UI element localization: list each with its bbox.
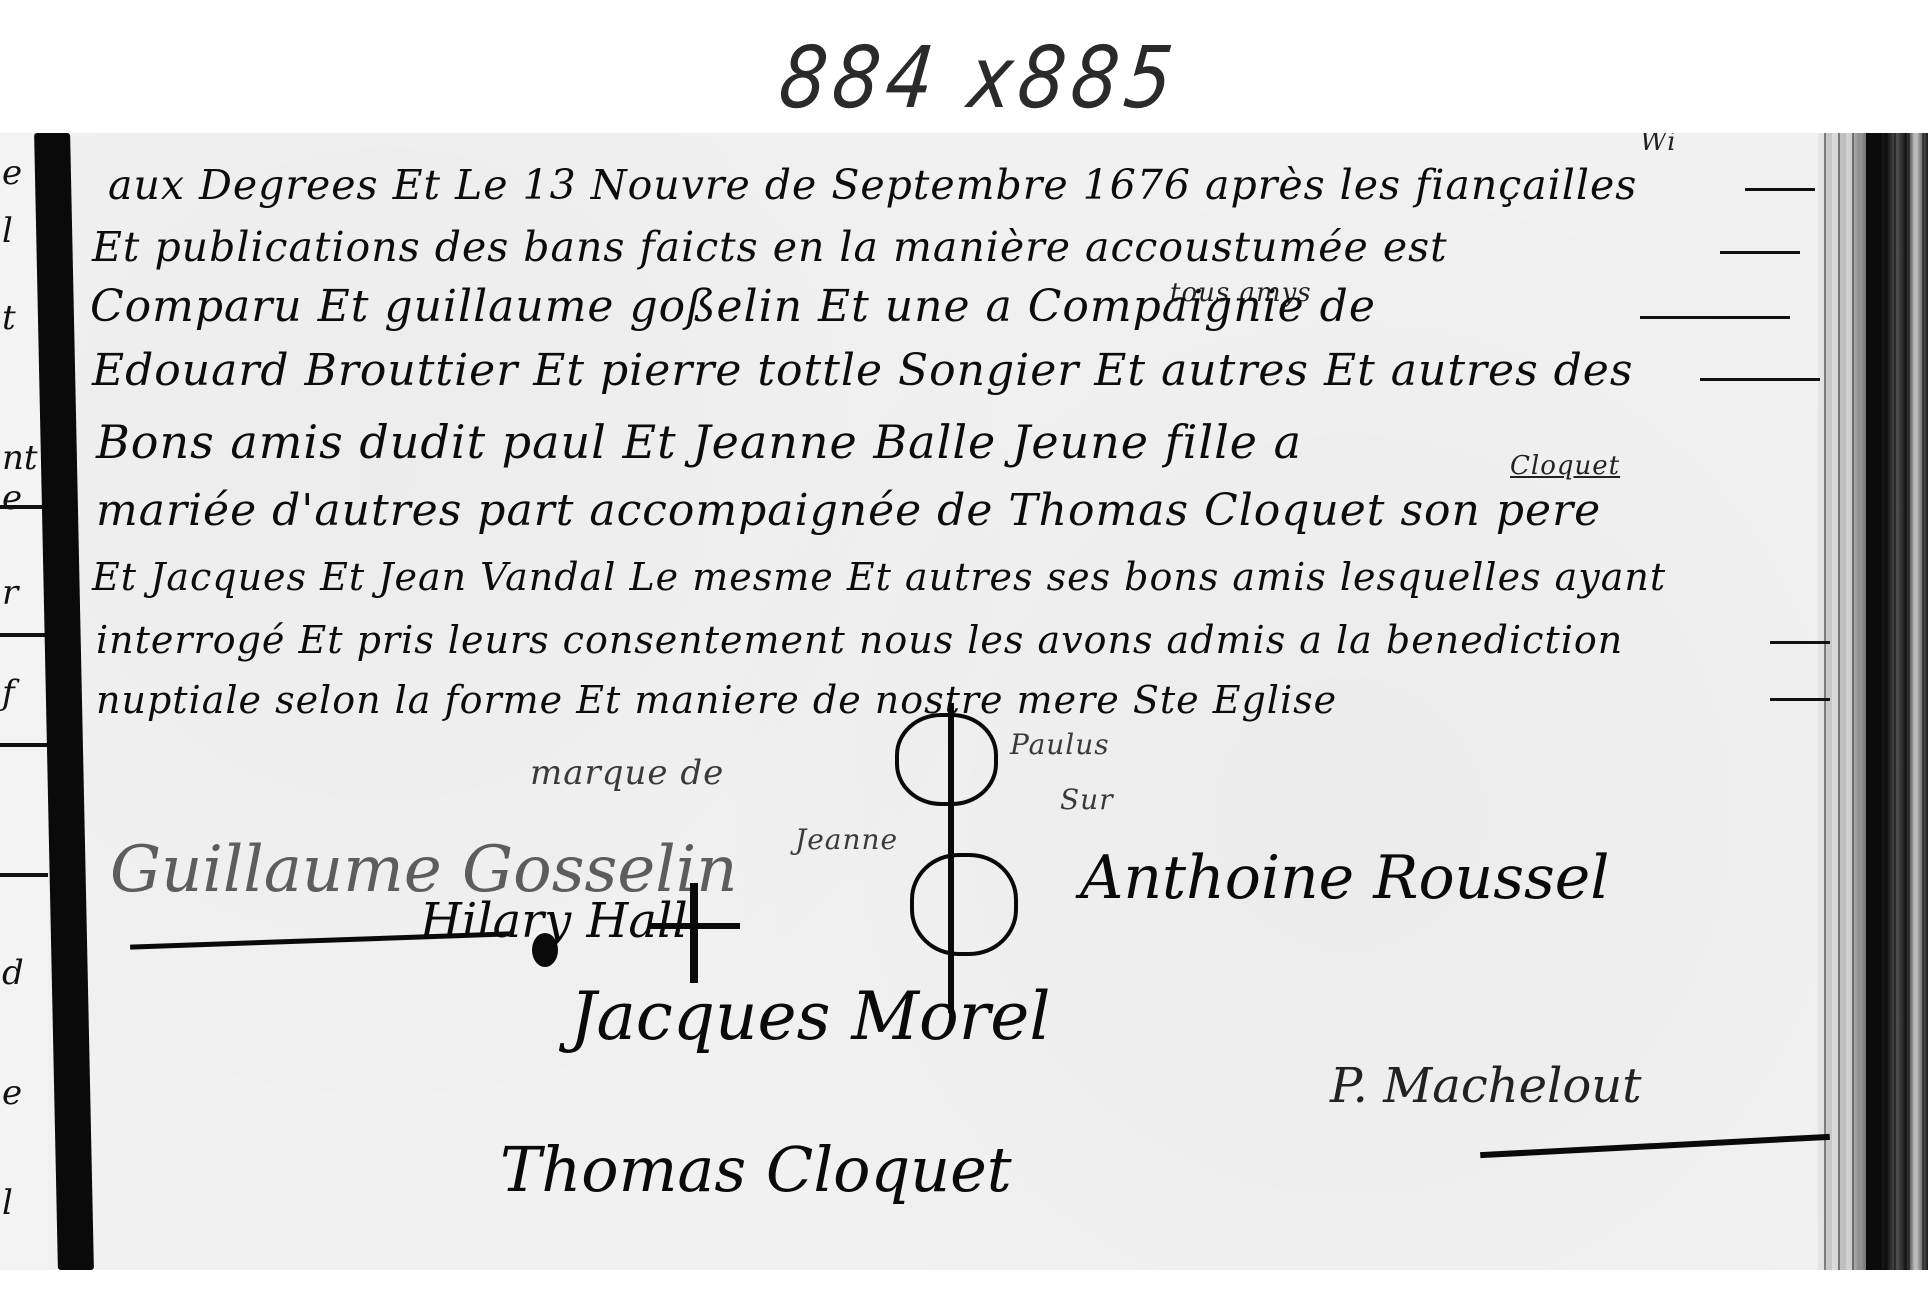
interline-note: Cloquet bbox=[1510, 451, 1620, 481]
text-line-6: mariée d'autres part accompaignée de Tho… bbox=[96, 485, 1601, 536]
text-line-5: Bons amis dudit paul Et Jeanne Balle Jeu… bbox=[96, 415, 1302, 469]
text-line-3: Comparu Et guillaume goßelin Et une a Co… bbox=[90, 281, 1376, 332]
text-line-8: interrogé Et pris leurs consentement nou… bbox=[96, 618, 1623, 662]
annotation: Jeanne bbox=[795, 823, 898, 856]
margin-fragment: l bbox=[2, 211, 13, 251]
line-filler bbox=[1770, 641, 1830, 644]
flourish-line bbox=[1480, 1134, 1830, 1158]
monogram-mark-icon bbox=[895, 713, 998, 806]
signature-morel: Jacques Morel bbox=[570, 978, 1050, 1055]
margin-rule bbox=[0, 873, 48, 877]
book-binding-edge bbox=[1818, 133, 1928, 1270]
text-line-1: aux Degrees Et Le 13 Nouvre de Septembre… bbox=[108, 161, 1637, 209]
signature-machelout: P. Machelout bbox=[1330, 1058, 1642, 1114]
dimension-label: 884 x885 bbox=[774, 21, 1146, 136]
margin-fragment: d bbox=[2, 953, 24, 993]
ink-dot bbox=[532, 933, 558, 967]
line-filler bbox=[1770, 698, 1830, 701]
margin-fragment: l bbox=[2, 1183, 13, 1223]
margin-fragment: e bbox=[2, 153, 22, 193]
text-line-9: nuptiale selon la forme Et maniere de no… bbox=[96, 678, 1337, 722]
monogram-stem-icon bbox=[948, 703, 954, 1013]
annotation: Sur bbox=[1060, 783, 1114, 816]
line-filler bbox=[1700, 378, 1820, 381]
margin-fragment: e bbox=[2, 1073, 22, 1113]
margin-fragment: e bbox=[2, 478, 22, 518]
text-line-2: Et publications des bans faicts en la ma… bbox=[92, 223, 1448, 271]
cross-mark-icon bbox=[690, 883, 698, 983]
superscript-note: Wi bbox=[1640, 133, 1677, 157]
line-filler bbox=[1720, 251, 1800, 254]
signature-roussel: Anthoine Roussel bbox=[1080, 843, 1609, 913]
margin-rule bbox=[0, 743, 48, 747]
line-filler bbox=[1640, 316, 1790, 319]
text-line-7: Et Jacques Et Jean Vandal Le mesme Et au… bbox=[92, 555, 1666, 599]
cross-mark-icon bbox=[650, 923, 740, 929]
margin-fragment: nt bbox=[2, 438, 38, 478]
line-filler bbox=[1745, 188, 1815, 191]
monogram-mark-icon bbox=[910, 853, 1018, 956]
signature-cloquet: Thomas Cloquet bbox=[500, 1133, 1012, 1206]
margin-fragment: f bbox=[2, 673, 15, 713]
margin-fragment: t bbox=[2, 298, 16, 338]
margin-fragment: r bbox=[2, 573, 18, 613]
annotation-marque: marque de bbox=[530, 753, 724, 793]
annotation: Paulus bbox=[1010, 728, 1110, 761]
text-line-4: Edouard Brouttier Et pierre tottle Songi… bbox=[92, 345, 1633, 396]
scanned-register-page: e l t nt e r f d e l Wi aux Degrees Et L… bbox=[0, 133, 1928, 1270]
binding-shadow bbox=[1866, 133, 1882, 1270]
margin-rule bbox=[0, 633, 48, 637]
